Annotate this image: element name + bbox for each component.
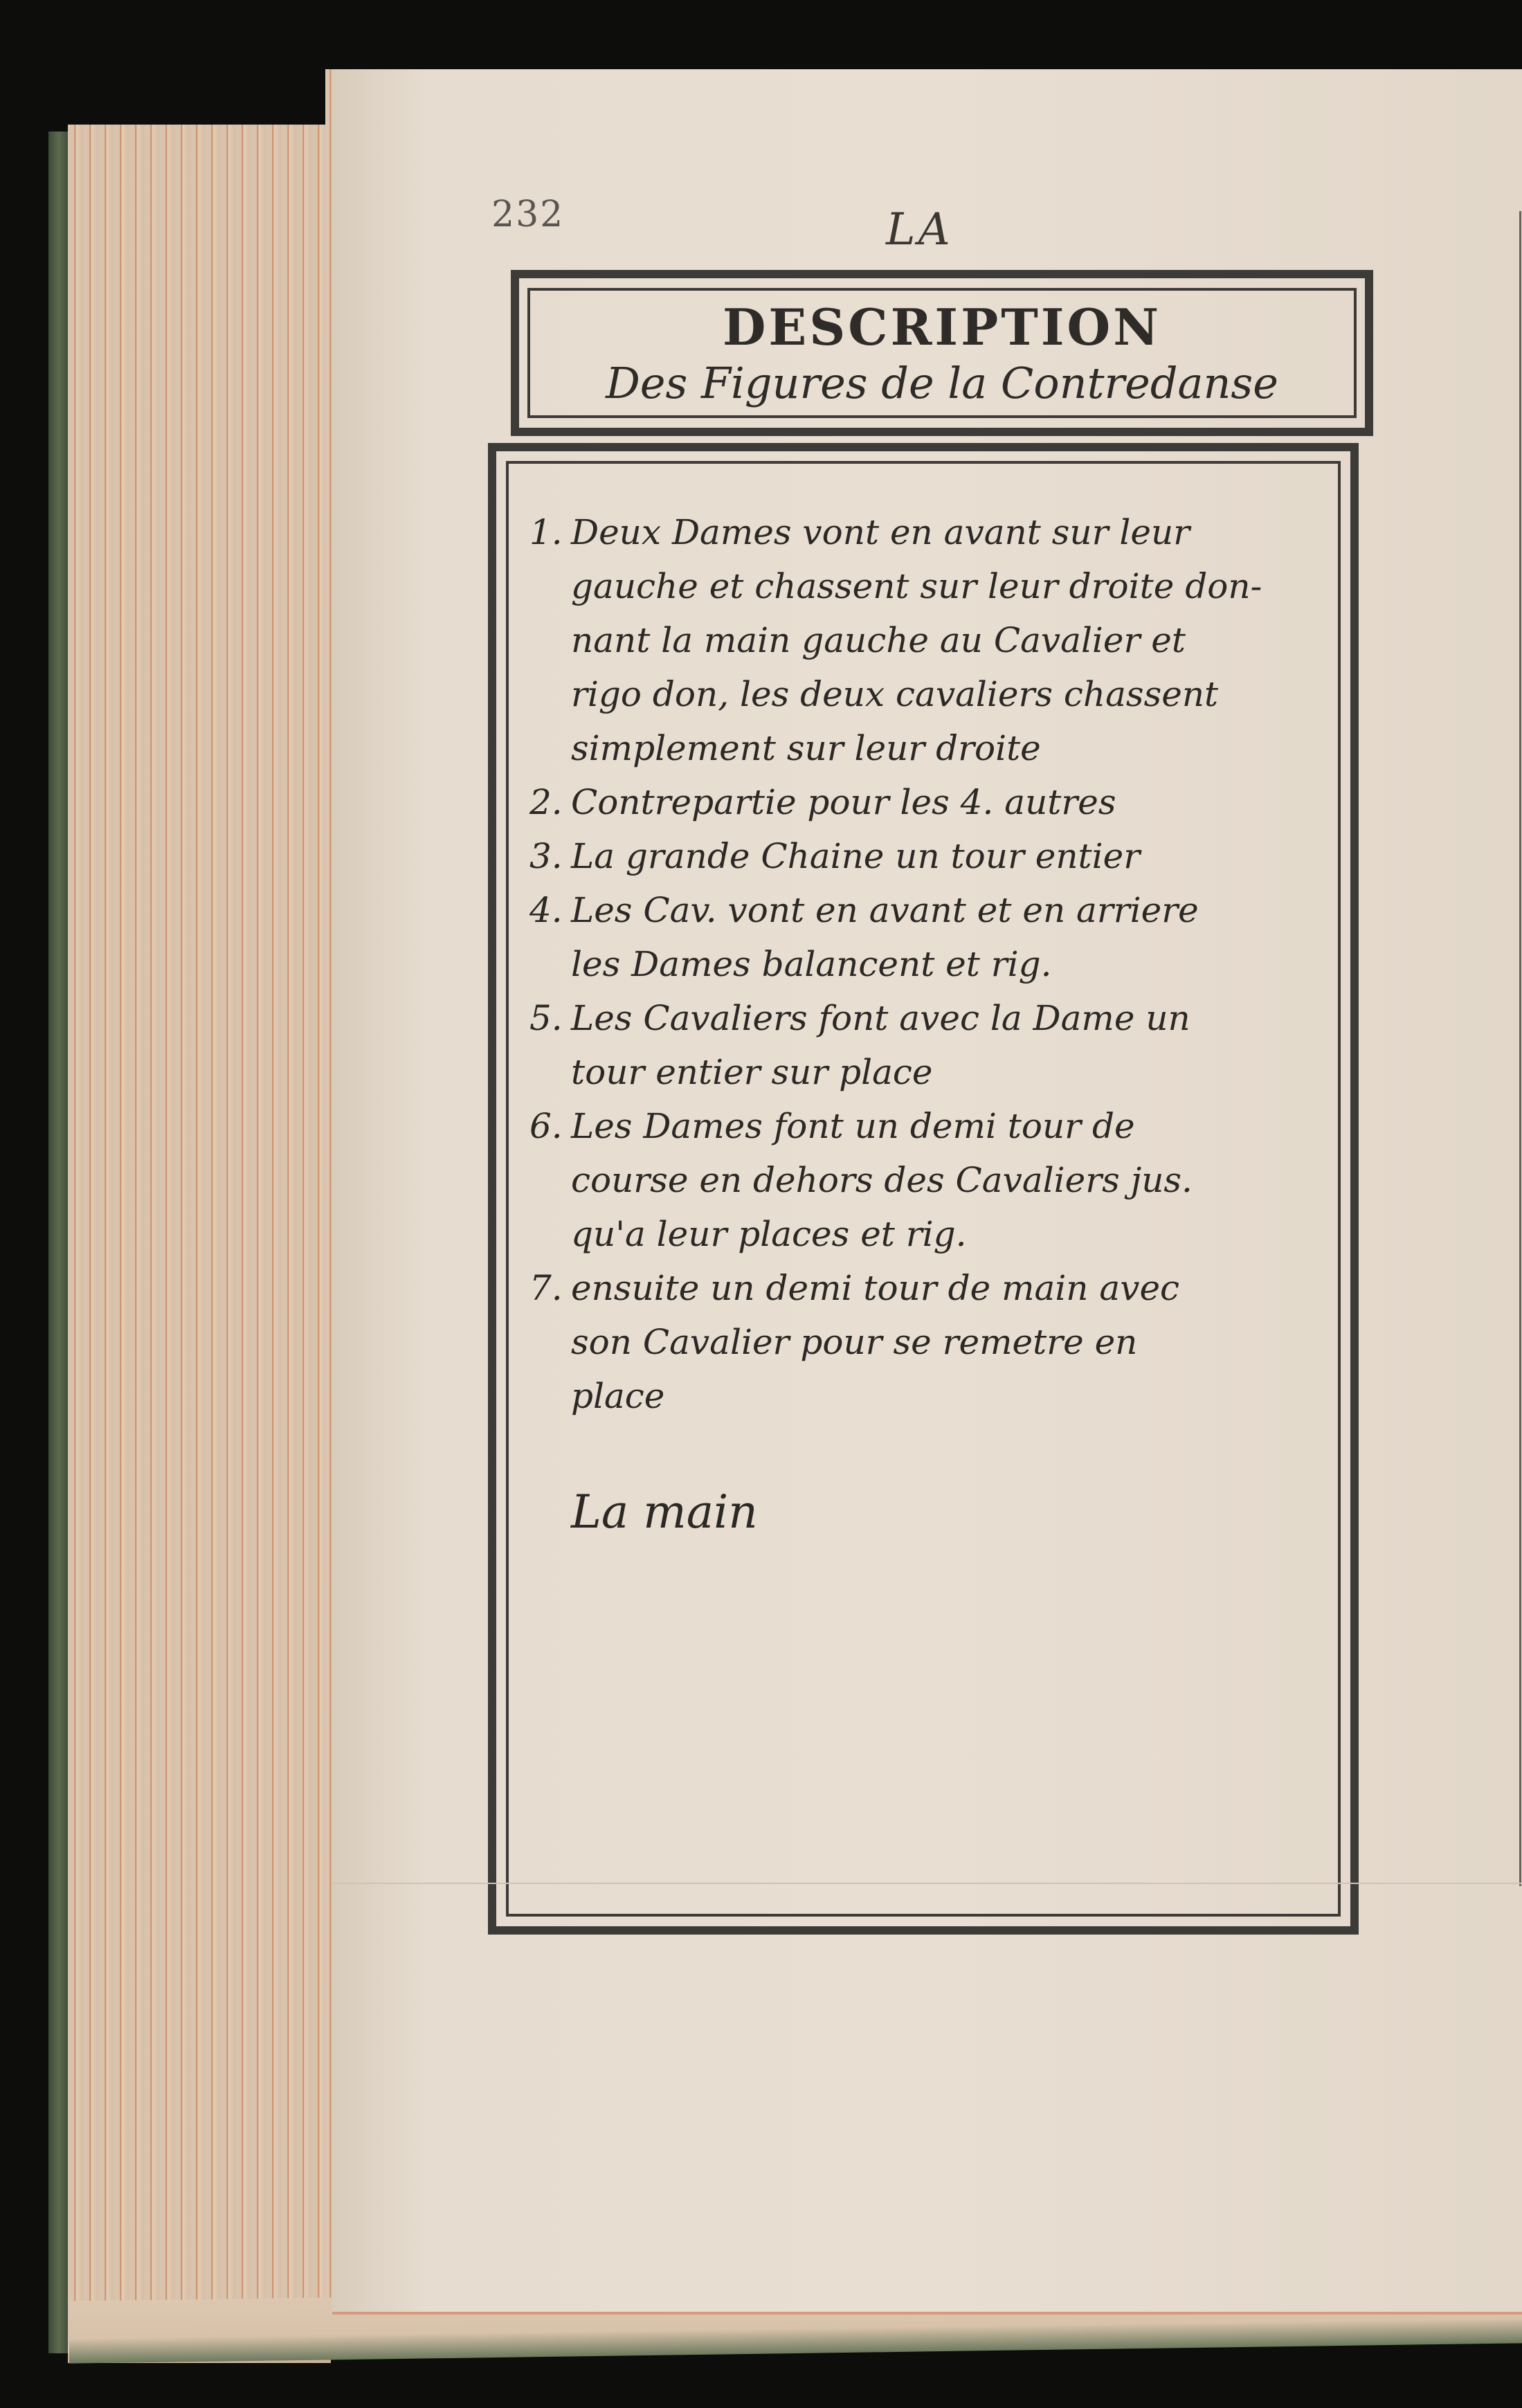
body-frame: 1. Deux Dames vont en avant sur leur gau…	[488, 443, 1359, 1935]
figure-item: 7. ensuite un demi tour de main avec son…	[529, 1261, 1317, 1423]
figure-text: Deux Dames vont en avant sur leur gauche…	[571, 505, 1317, 775]
figure-number: 4.	[529, 883, 571, 991]
figure-text: La grande Chaine un tour entier	[571, 829, 1317, 883]
figure-number: 2.	[529, 775, 571, 829]
body-inner-frame: 1. Deux Dames vont en avant sur leur gau…	[506, 461, 1341, 1917]
figure-text: ensuite un demi tour de main avec son Ca…	[571, 1261, 1317, 1423]
figure-number: 1.	[529, 505, 571, 775]
engraver-signature: La main	[571, 1485, 1317, 1539]
figure-list: 1. Deux Dames vont en avant sur leur gau…	[529, 505, 1317, 1423]
figure-number: 6.	[529, 1099, 571, 1261]
figure-text: Les Cavaliers font avec la Dame un tour …	[571, 991, 1317, 1099]
title-subtitle: Des Figures de la Contredanse	[606, 358, 1278, 408]
plate-mark-rule	[1519, 211, 1521, 1886]
figure-number: 7.	[529, 1261, 571, 1423]
figure-item: 4. Les Cav. vont en avant et en arriere …	[529, 883, 1317, 991]
title-main: DESCRIPTION	[723, 298, 1161, 356]
running-head: LA	[886, 204, 953, 255]
figure-item: 1. Deux Dames vont en avant sur leur gau…	[529, 505, 1317, 775]
book-page: 232 LA DESCRIPTION Des Figures de la Con…	[332, 69, 1522, 2315]
figure-number: 5.	[529, 991, 571, 1099]
figure-text: Contrepartie pour les 4. autres	[571, 775, 1317, 829]
book-spine	[48, 132, 69, 2353]
title-cartouche: DESCRIPTION Des Figures de la Contredans…	[511, 270, 1373, 436]
title-inner-frame: DESCRIPTION Des Figures de la Contredans…	[527, 288, 1357, 418]
page-number: 232	[491, 194, 564, 235]
book: 232 LA DESCRIPTION Des Figures de la Con…	[48, 69, 1522, 2353]
figure-item: 2. Contrepartie pour les 4. autres	[529, 775, 1317, 829]
page-edges-stack	[68, 125, 331, 2363]
figure-number: 3.	[529, 829, 571, 883]
figure-item: 6. Les Dames font un demi tour de course…	[529, 1099, 1317, 1261]
figure-text: Les Dames font un demi tour de course en…	[571, 1099, 1317, 1261]
figure-item: 3. La grande Chaine un tour entier	[529, 829, 1317, 883]
figure-text: Les Cav. vont en avant et en arriere les…	[571, 883, 1317, 991]
figure-item: 5. Les Cavaliers font avec la Dame un to…	[529, 991, 1317, 1099]
plate-fold-line	[332, 1883, 1522, 1884]
